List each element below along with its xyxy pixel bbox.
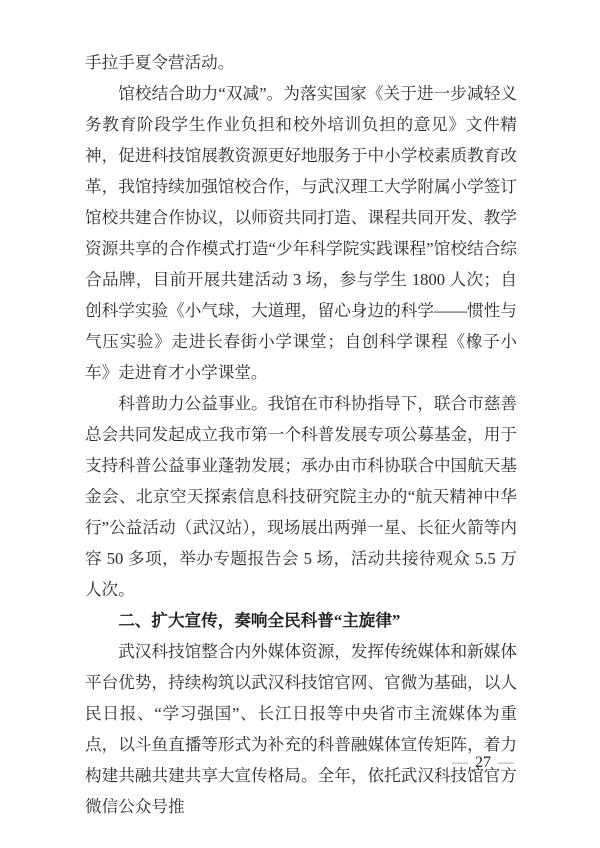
paragraph-media-matrix: 武汉科技馆整合内外媒体资源，发挥传统媒体和新媒体平台优势，持续构筑以武汉科技馆官… (85, 636, 517, 822)
section-heading-publicity: 二、扩大宣传，奏响全民科普“主旋律” (85, 605, 517, 636)
paragraph-public-welfare: 科普助力公益事业。我馆在市科协指导下，联合市慈善总会共同发起成立我市第一个科普发… (85, 388, 517, 605)
paragraph-summer-camp-continuation: 手拉手夏令营活动。 (85, 47, 517, 78)
paragraph-school-museum-cooperation: 馆校结合助力“双减”。为落实国家《关于进一步减轻义务教育阶段学生作业负担和校外培… (85, 78, 517, 388)
document-page: 手拉手夏令营活动。 馆校结合助力“双减”。为落实国家《关于进一步减轻义务教育阶段… (0, 0, 600, 848)
document-body: 手拉手夏令营活动。 馆校结合助力“双减”。为落实国家《关于进一步减轻义务教育阶段… (85, 47, 517, 822)
page-footer: — 27 — (452, 752, 514, 774)
footer-dash-right: — (498, 752, 514, 774)
footer-dash-left: — (452, 752, 468, 774)
page-number: 27 (475, 752, 491, 774)
